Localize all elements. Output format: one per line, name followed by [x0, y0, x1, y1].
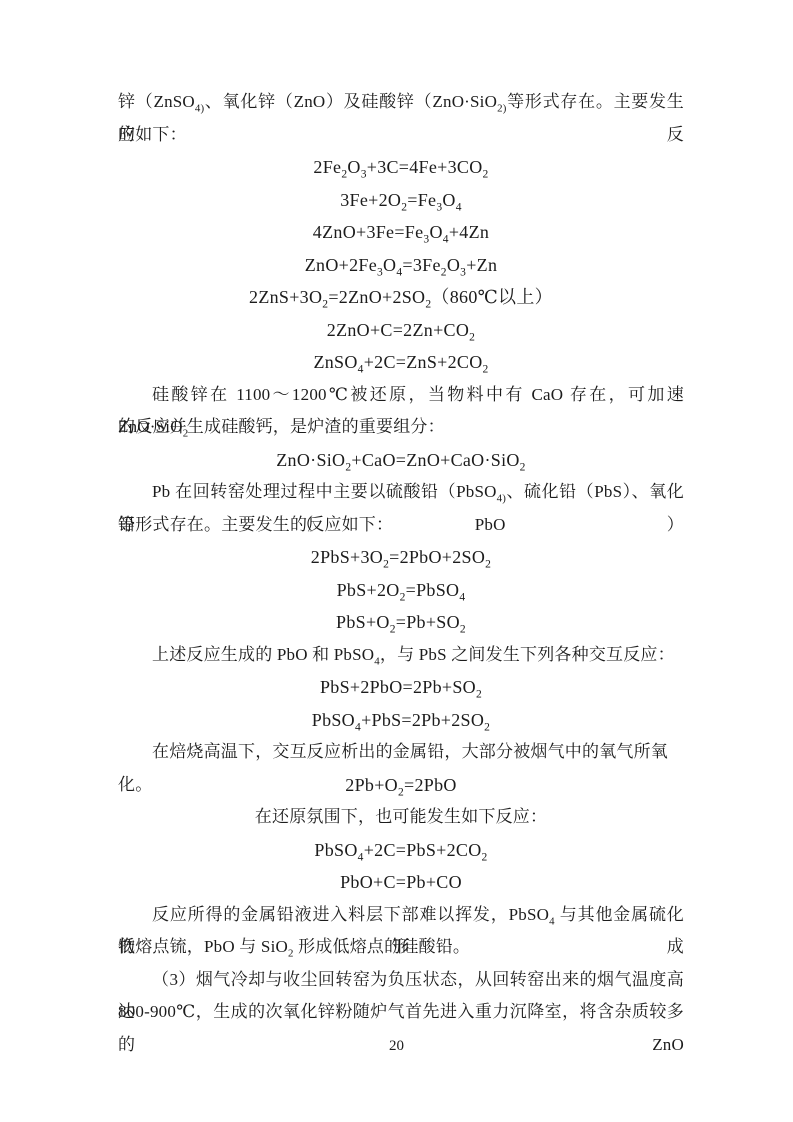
equation-line: PbS+O2=Pb+SO2 [118, 606, 684, 639]
equation-line: 2ZnO+C=2Zn+CO2 [118, 314, 684, 347]
equation-line: 3Fe+2O2=Fe3O4 [118, 184, 684, 217]
equation-line: ZnO·SiO2+CaO=ZnO+CaO·SiO2 [118, 444, 684, 477]
equation-line: 2PbS+3O2=2PbO+2SO2 [118, 541, 684, 574]
equation-line: ZnO+2Fe3O4=3Fe2O3+Zn [118, 249, 684, 282]
equation-line: PbO+C=Pb+CO [118, 866, 684, 899]
equation-line: PbS+2PbO=2Pb+SO2 [118, 671, 684, 704]
equation-line: PbSO4+2C=PbS+2CO2 [118, 834, 684, 867]
text-line: 在还原氛围下，也可能发生如下反应： [118, 801, 684, 834]
equation-line: PbSO4+PbS=2Pb+2SO2 [118, 704, 684, 737]
document-page: 锌（ZnSO4)、氧化锌（ZnO）及硅酸锌（ZnO·SiO2)等形式存在。主要发… [0, 0, 793, 1122]
text-line: 上述反应生成的 PbO 和 PbSO4，与 PbS 之间发生下列各种交互反应： [118, 639, 684, 672]
equation-line: 4ZnO+3Fe=Fe3O4+4Zn [118, 216, 684, 249]
equation-line: ZnSO4+2C=ZnS+2CO2 [118, 346, 684, 379]
text-line: Pb 在回转窑处理过程中主要以硫酸铅（PbSO4)、硫化铅（PbS）、氧化铅（P… [118, 476, 684, 509]
text-line: 800-900℃，生成的次氧化锌粉随炉气首先进入重力沉降室，将含杂质较多的 Zn… [118, 996, 684, 1029]
text-line: 的反应并生成硅酸钙，是炉渣的重要组分： [118, 411, 684, 444]
text-line: 锌（ZnSO4)、氧化锌（ZnO）及硅酸锌（ZnO·SiO2)等形式存在。主要发… [118, 86, 684, 119]
document-lines: 锌（ZnSO4)、氧化锌（ZnO）及硅酸锌（ZnO·SiO2)等形式存在。主要发… [118, 86, 684, 1029]
text-line: 硅酸锌在 1100～1200℃被还原，当物料中有 CaO 存在，可加速 ZnO·… [118, 379, 684, 412]
text-line: 反应所得的金属铅液进入料层下部难以挥发，PbSO4 与其他金属硫化物形成 [118, 899, 684, 932]
equation-line: 2ZnS+3O2=2ZnO+2SO2（860℃以上） [118, 281, 684, 314]
equation-line: 2Pb+O2=2PbO [118, 769, 684, 802]
page-number: 20 [0, 1038, 793, 1055]
text-line: 在焙烧高温下，交互反应析出的金属铅，大部分被烟气中的氧气所氧化。 [118, 736, 684, 769]
equation-line: PbS+2O2=PbSO4 [118, 574, 684, 607]
equation-line: 2Fe2O3+3C=4Fe+3CO2 [118, 151, 684, 184]
text-line: （3）烟气冷却与收尘回转窑为负压状态，从回转窑出来的烟气温度高达 [118, 964, 684, 997]
